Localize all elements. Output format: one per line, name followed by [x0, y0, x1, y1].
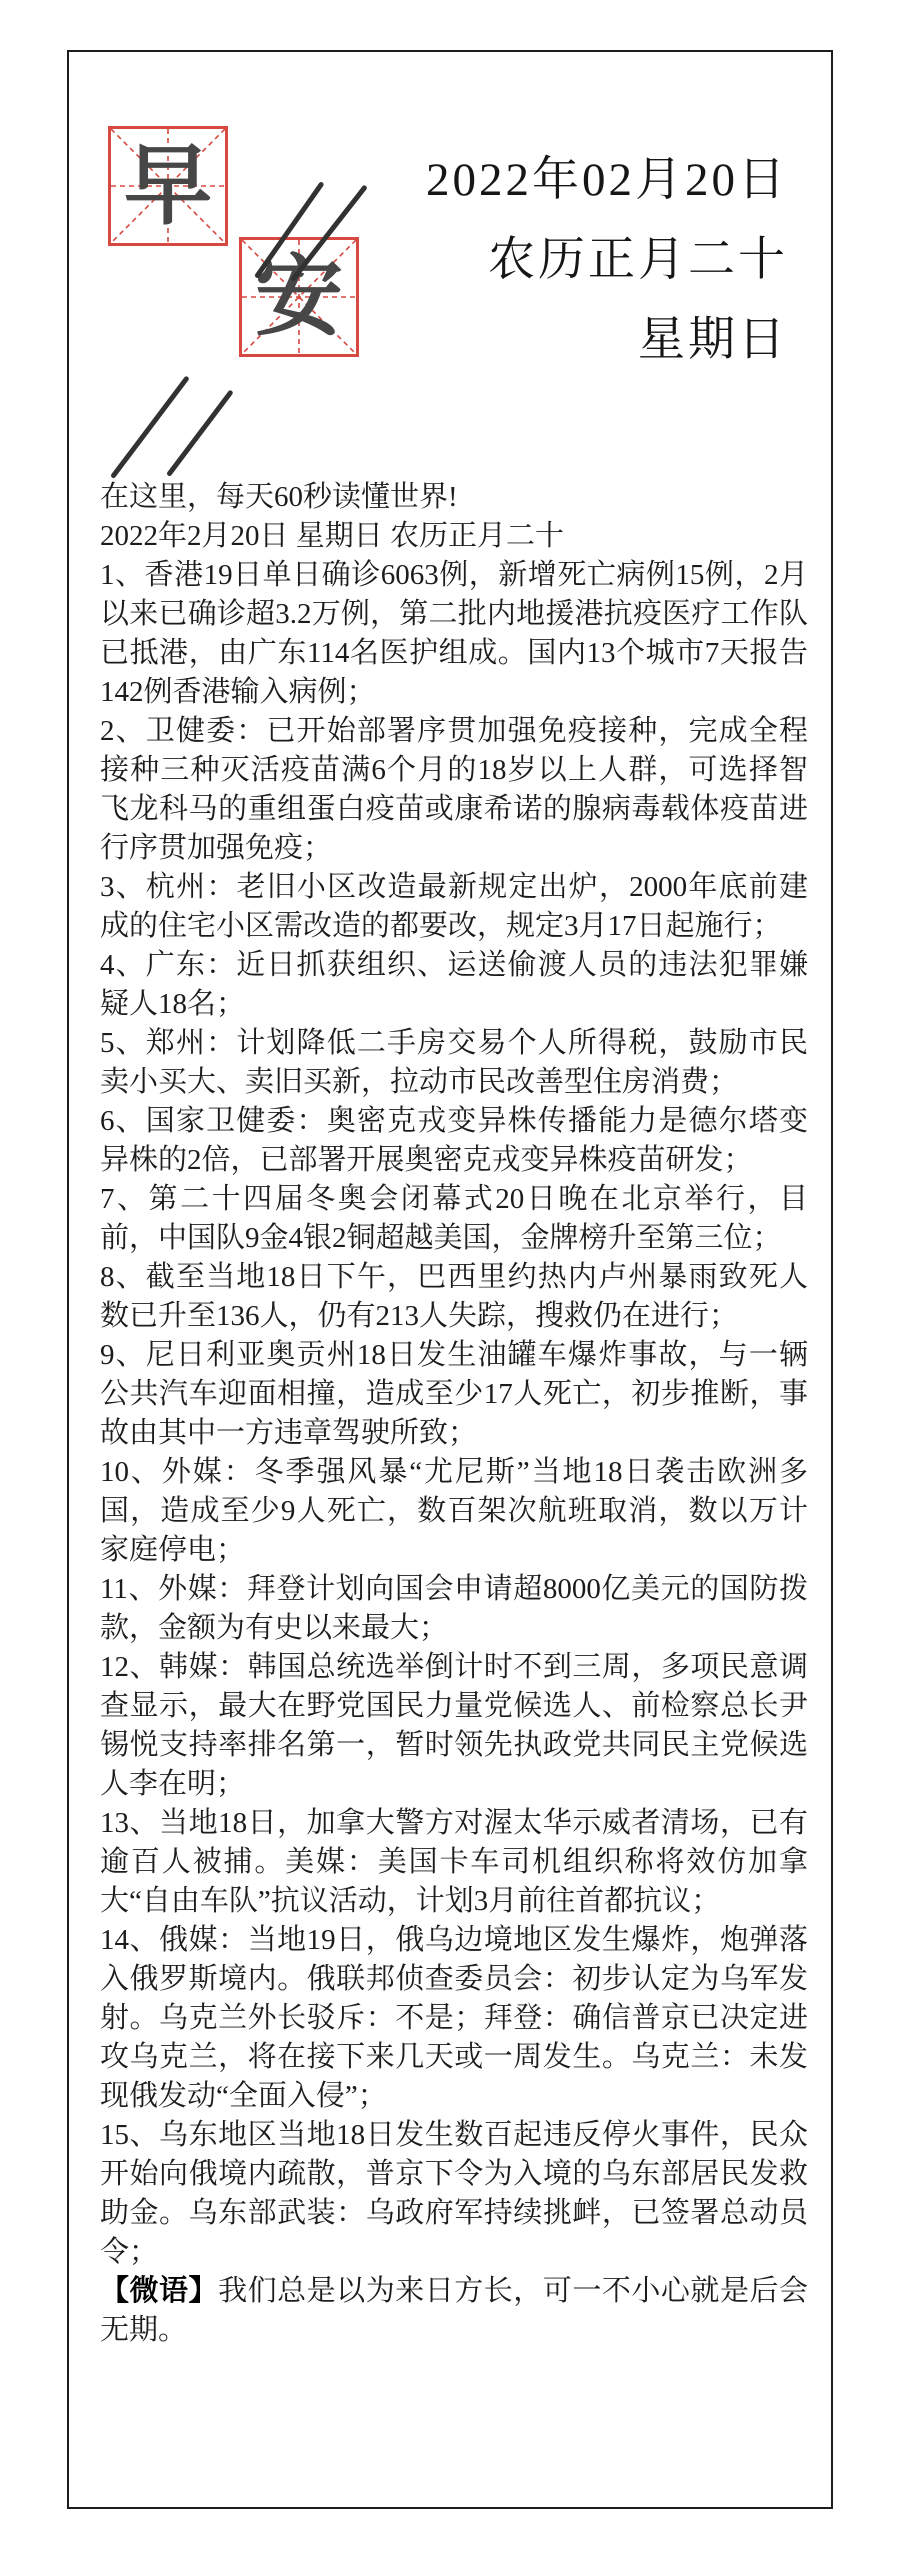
date-line-weekday: 星期日	[426, 300, 788, 380]
news-item: 15、乌东地区当地18日发生数百起违反停火事件，民众开始向俄境内疏散，普京下令为…	[100, 2116, 808, 2272]
logo-char-zao: 早	[111, 129, 225, 243]
news-item: 10、外媒：冬季强风暴“尤尼斯”当地18日袭击欧洲多国，造成至少9人死亡，数百架…	[100, 1453, 808, 1570]
news-item: 5、郑州：计划降低二手房交易个人所得税，鼓励市民卖小买大、卖旧买新，拉动市民改善…	[100, 1024, 808, 1102]
morning-news-poster: { "colors": { "grid_box_red": "#d74940",…	[0, 0, 900, 2560]
news-item: 7、第二十四届冬奥会闭幕式20日晚在北京举行，目前，中国队9金4银2铜超越美国，…	[100, 1180, 808, 1258]
news-item: 2、卫健委：已开始部署序贯加强免疫接种，完成全程接种三种灭活疫苗满6个月的18岁…	[100, 712, 808, 868]
date-line-lunar: 农历正月二十	[426, 220, 788, 300]
news-item: 12、韩媒：韩国总统选举倒计时不到三周，多项民意调查显示，最大在野党国民力量党候…	[100, 1648, 808, 1804]
news-item: 13、当地18日，加拿大警方对渥太华示威者清场，已有逾百人被捕。美媒：美国卡车司…	[100, 1804, 808, 1921]
news-item: 1、香港19日单日确诊6063例，新增死亡病例15例，2月以来已确诊超3.2万例…	[100, 556, 808, 712]
intro-line: 在这里，每天60秒读懂世界!	[100, 478, 808, 517]
news-item: 6、国家卫健委：奥密克戎变异株传播能力是德尔塔变异株的2倍，已部署开展奥密克戎变…	[100, 1102, 808, 1180]
date-block: 2022年02月20日 农历正月二十 星期日	[426, 140, 788, 380]
news-item: 3、杭州：老旧小区改造最新规定出炉，2000年底前建成的住宅小区需改造的都要改，…	[100, 868, 808, 946]
news-item: 11、外媒：拜登计划向国会申请超8000亿美元的国防拨款，金额为有史以来最大；	[100, 1570, 808, 1648]
logo-box-zao: 早	[108, 126, 228, 246]
news-item: 9、尼日利亚奥贡州18日发生油罐车爆炸事故，与一辆公共汽车迎面相撞，造成至少17…	[100, 1336, 808, 1453]
news-item: 8、截至当地18日下午，巴西里约热内卢州暴雨致死人数已升至136人，仍有213人…	[100, 1258, 808, 1336]
weiyu-paragraph: 【微语】我们总是以为来日方长，可一不小心就是后会无期。	[100, 2272, 808, 2350]
news-item: 4、广东：近日抓获组织、运送偷渡人员的违法犯罪嫌疑人18名；	[100, 946, 808, 1024]
date-summary-line: 2022年2月20日 星期日 农历正月二十	[100, 517, 808, 556]
date-line-gregorian: 2022年02月20日	[426, 140, 788, 220]
news-item: 14、俄媒：当地19日，俄乌边境地区发生爆炸，炮弹落入俄罗斯境内。俄联邦侦查委员…	[100, 1921, 808, 2116]
logo-box-an: 安	[239, 237, 359, 357]
logo-char-an: 安	[242, 240, 356, 354]
weiyu-label: 【微语】	[100, 2275, 218, 2307]
news-list: 在这里，每天60秒读懂世界! 2022年2月20日 星期日 农历正月二十 1、香…	[100, 478, 808, 2350]
